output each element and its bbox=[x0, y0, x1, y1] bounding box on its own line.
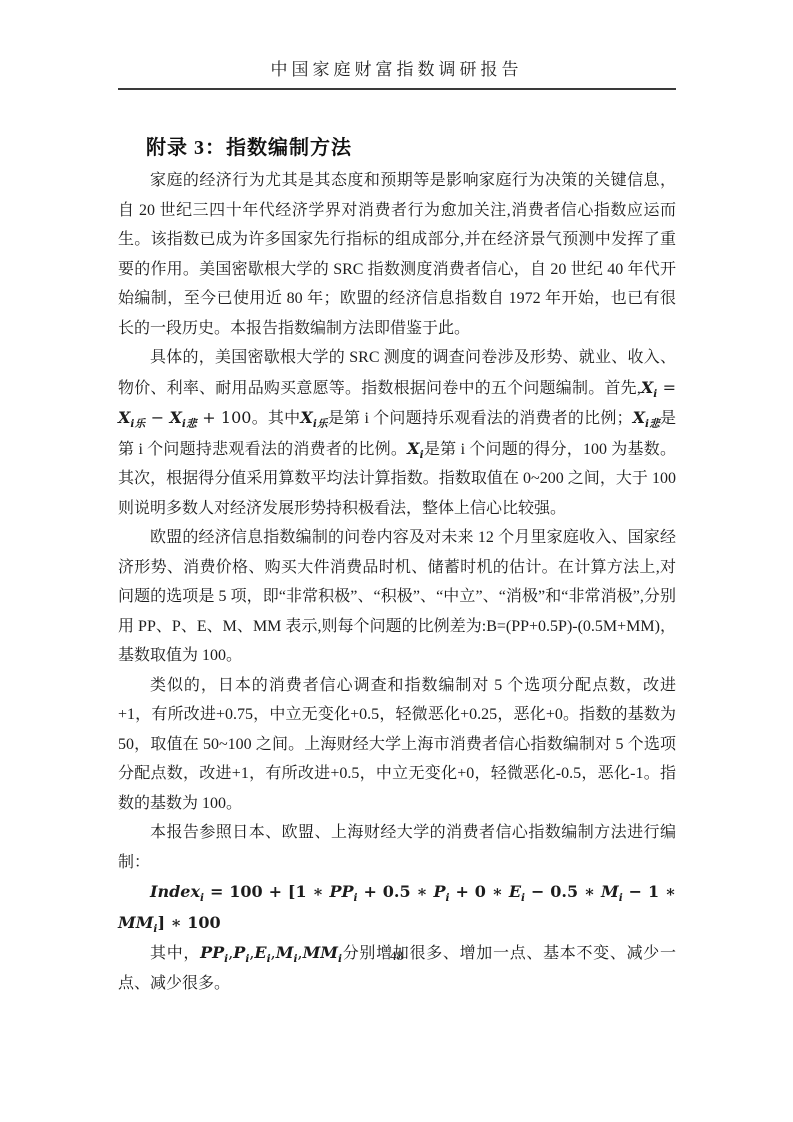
paragraph-japan-shanghai-method: 类似的，日本的消费者信心调查和指数编制对 5 个选项分配点数，改进+1，有所改进… bbox=[118, 671, 676, 819]
text-run: 。其中 bbox=[251, 410, 300, 427]
math-variable: Xi bbox=[641, 378, 657, 397]
document-body: 家庭的经济行为尤其是其态度和预期等是影响家庭行为决策的关键信息，自 20 世纪三… bbox=[118, 166, 676, 998]
paragraph-src-method: 具体的，美国密歇根大学的 SRC 测度的调查问卷涉及形势、就业、收入、物价、利率… bbox=[118, 343, 676, 523]
math-subscript: i悲 bbox=[645, 418, 660, 430]
text-run: 家庭的经济行为尤其是其态度和预期等是影响家庭行为决策的关键信息，自 20 世纪三… bbox=[118, 172, 676, 337]
math-variable: Xi悲 bbox=[169, 408, 196, 427]
running-header: 中国家庭财富指数调研报告 bbox=[0, 55, 793, 80]
paragraph-report-method: 本报告参照日本、欧盟、上海财经大学的消费者信心指数编制方法进行编制： bbox=[118, 818, 676, 877]
text-run: 是第 i 个问题持乐观看法的消费者的比例； bbox=[328, 410, 633, 427]
math-variable: Mi bbox=[601, 882, 623, 901]
math-variable: Indexi bbox=[150, 882, 204, 901]
math-operator: = bbox=[657, 378, 676, 397]
math-operator: − 0.5 ∗ bbox=[525, 882, 601, 901]
math-operator: − 1 ∗ bbox=[623, 882, 676, 901]
math-operator: + 0.5 ∗ bbox=[358, 882, 434, 901]
math-variable: Xi乐 bbox=[300, 408, 327, 427]
text-run: 具体的，美国密歇根大学的 SRC 测度的调查问卷涉及形势、就业、收入、物价、利率… bbox=[118, 349, 676, 397]
page-number: 48 bbox=[0, 948, 793, 964]
math-operator: + 0 ∗ bbox=[450, 882, 509, 901]
math-variable: Xi乐 bbox=[118, 408, 145, 427]
math-variable: MMi bbox=[118, 913, 157, 932]
math-operator: − bbox=[145, 408, 169, 427]
math-variable: Ei bbox=[509, 882, 525, 901]
header-rule bbox=[118, 88, 676, 90]
math-operator: = 100 + [1 ∗ bbox=[204, 882, 329, 901]
text-run: 类似的，日本的消费者信心调查和指数编制对 5 个选项分配点数，改进+1，有所改进… bbox=[118, 677, 676, 812]
paragraph-variable-definitions: 其中，PPi,Pi,Ei,Mi,MMi分别增加很多、增加一点、基本不变、减少一点… bbox=[118, 938, 676, 998]
math-operator: + 100 bbox=[197, 408, 252, 427]
document-page: 中国家庭财富指数调研报告 附录 3：指数编制方法 家庭的经济行为尤其是其态度和预… bbox=[0, 0, 793, 1122]
math-variable: Pi bbox=[434, 882, 450, 901]
math-subscript: i悲 bbox=[182, 418, 197, 430]
math-subscript: i乐 bbox=[313, 418, 328, 430]
math-variable: Xi bbox=[407, 439, 423, 458]
text-run: 本报告参照日本、欧盟、上海财经大学的消费者信心指数编制方法进行编制： bbox=[118, 824, 676, 871]
math-subscript: i乐 bbox=[130, 418, 145, 430]
math-variable: Xi悲 bbox=[633, 408, 660, 427]
text-run: 欧盟的经济信息指数编制的问卷内容及对未来 12 个月里家庭收入、国家经济形势、消… bbox=[118, 529, 676, 664]
math-variable: PPi bbox=[329, 882, 357, 901]
paragraph-eu-method: 欧盟的经济信息指数编制的问卷内容及对未来 12 个月里家庭收入、国家经济形势、消… bbox=[118, 523, 676, 671]
formula-line: Indexi = 100 + [1 ∗ PPi + 0.5 ∗ Pi + 0 ∗… bbox=[118, 877, 676, 938]
math-operator: ] ∗ 100 bbox=[157, 913, 220, 932]
paragraph-intro: 家庭的经济行为尤其是其态度和预期等是影响家庭行为决策的关键信息，自 20 世纪三… bbox=[118, 166, 676, 343]
section-title: 附录 3：指数编制方法 bbox=[146, 131, 352, 160]
